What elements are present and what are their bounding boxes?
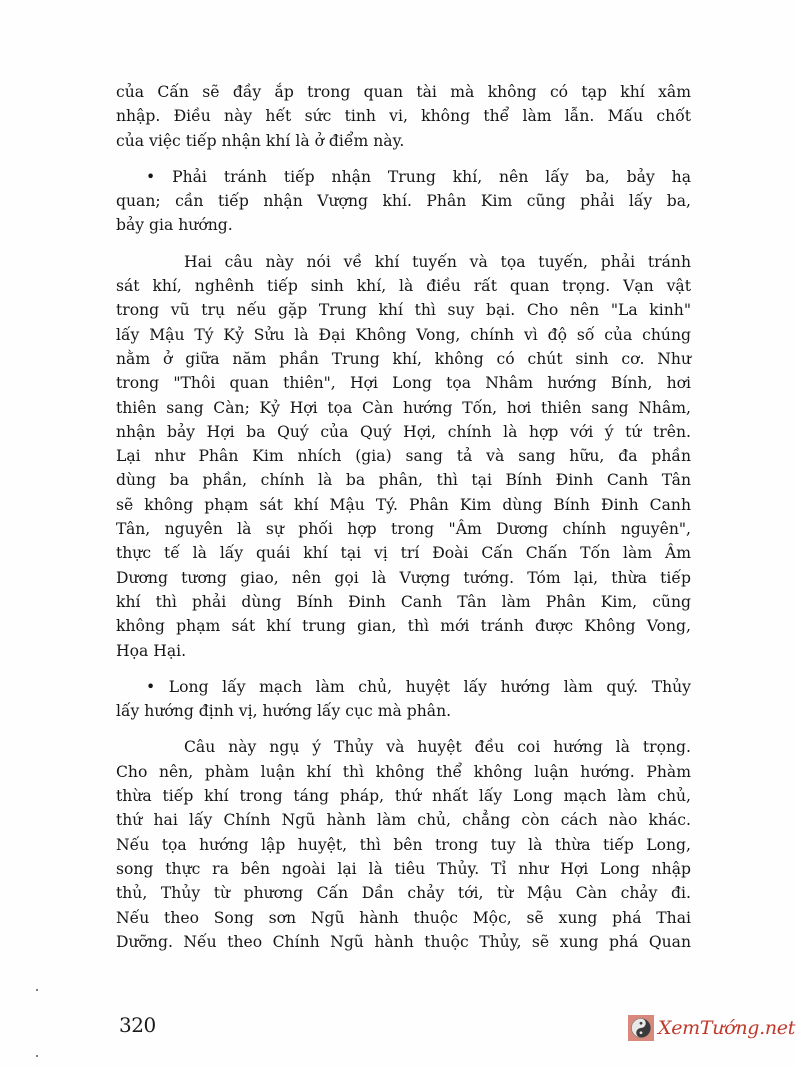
text-line: khí thì phải dùng Bính Đinh Canh Tân làm… <box>116 590 691 614</box>
text-line: Nếu tọa hướng lập huyệt, thì bên trong t… <box>116 833 691 857</box>
line-text: Lại như Phân Kim nhích (gia) sang tả và … <box>116 444 691 468</box>
line-text: Nếu theo Song sơn Ngũ hành thuộc Mộc, sẽ… <box>116 906 691 930</box>
scanned-book-page: của Cấn sẽ đầy ắp trong quan tài mà khôn… <box>0 0 797 1067</box>
text-line: nằm ở giữa năm phần Trung khí, không có … <box>116 347 691 371</box>
line-text: Cho nên, phàm luận khí thì không thể khô… <box>116 760 691 784</box>
line-text: • Long lấy mạch làm chủ, huyệt lấy hướng… <box>146 675 691 699</box>
line-text: nhập. Điều này hết sức tinh vi, không th… <box>116 104 691 128</box>
line-text: thủ, Thủy từ phương Cấn Dần chảy tới, từ… <box>116 881 691 905</box>
text-line: dùng ba phần, chính là ba phân, thì tại … <box>116 468 691 492</box>
watermark-text: XemTướng.net <box>658 1017 795 1039</box>
line-text: trong "Thôi quan thiên", Hợi Long tọa Nh… <box>116 371 691 395</box>
text-line: Hai câu này nói về khí tuyến và tọa tuyế… <box>116 250 691 274</box>
scan-speck <box>36 1055 38 1057</box>
line-text: Hai câu này nói về khí tuyến và tọa tuyế… <box>184 250 691 274</box>
text-line: song thực ra bên ngoài lại là tiêu Thủy.… <box>116 857 691 881</box>
line-text: thiên sang Càn; Kỷ Hợi tọa Càn hướng Tốn… <box>116 396 691 420</box>
line-text: thừa tiếp khí trong táng pháp, thứ nhất … <box>116 784 691 808</box>
bullet-paragraph: • Long lấy mạch làm chủ, huyệt lấy hướng… <box>116 675 691 724</box>
text-line: quan; cần tiếp nhận Vượng khí. Phân Kim … <box>116 189 691 213</box>
text-line: Lại như Phân Kim nhích (gia) sang tả và … <box>116 444 691 468</box>
text-line: Câu này ngụ ý Thủy và huyệt đều coi hướn… <box>116 735 691 759</box>
text-line: trong "Thôi quan thiên", Hợi Long tọa Nh… <box>116 371 691 395</box>
line-text: Nếu tọa hướng lập huyệt, thì bên trong t… <box>116 833 691 857</box>
text-line: Cho nên, phàm luận khí thì không thể khô… <box>116 760 691 784</box>
text-line: thủ, Thủy từ phương Cấn Dần chảy tới, từ… <box>116 881 691 905</box>
line-text: quan; cần tiếp nhận Vượng khí. Phân Kim … <box>116 189 691 213</box>
text-line: • Phải tránh tiếp nhận Trung khí, nên lấ… <box>116 165 691 189</box>
line-text: song thực ra bên ngoài lại là tiêu Thủy.… <box>116 857 691 881</box>
line-text: bảy gia hướng. <box>116 213 691 237</box>
line-text: • Phải tránh tiếp nhận Trung khí, nên lấ… <box>146 165 691 189</box>
line-text: thực tế là lấy quái khí tại vị trí Đoài … <box>116 541 691 565</box>
text-line: thừa tiếp khí trong táng pháp, thứ nhất … <box>116 784 691 808</box>
line-text: trong vũ trụ nếu gặp Trung khí thì suy b… <box>116 298 691 322</box>
bullet-paragraph: • Phải tránh tiếp nhận Trung khí, nên lấ… <box>116 165 691 238</box>
line-text: lấy Mậu Tý Kỷ Sửu là Đại Không Vong, chí… <box>116 323 691 347</box>
scan-speck <box>36 989 38 991</box>
text-line: Họa Hại. <box>116 639 691 663</box>
text-line: Dương tương giao, nên gọi là Vượng tướng… <box>116 566 691 590</box>
line-text: của Cấn sẽ đầy ắp trong quan tài mà khôn… <box>116 80 691 104</box>
page-number: 320 <box>119 1013 156 1037</box>
text-line: sát khí, nghênh tiếp sinh khí, là điều r… <box>116 274 691 298</box>
line-text: nhận bảy Hợi ba Quý của Quý Hợi, chính l… <box>116 420 691 444</box>
text-line: Dưỡng. Nếu theo Chính Ngũ hành thuộc Thủ… <box>116 930 691 954</box>
text-line: trong vũ trụ nếu gặp Trung khí thì suy b… <box>116 298 691 322</box>
line-text: lấy hướng định vị, hướng lấy cục mà phân… <box>116 699 691 723</box>
line-text: Dưỡng. Nếu theo Chính Ngũ hành thuộc Thủ… <box>116 930 691 954</box>
paragraph: của Cấn sẽ đầy ắp trong quan tài mà khôn… <box>116 80 691 153</box>
watermark-logo: XemTướng.net <box>628 1013 795 1043</box>
text-line: lấy hướng định vị, hướng lấy cục mà phân… <box>116 699 691 723</box>
text-line: sẽ không phạm sát khí Mậu Tý. Phân Kim d… <box>116 493 691 517</box>
text-line: nhập. Điều này hết sức tinh vi, không th… <box>116 104 691 128</box>
text-line: lấy Mậu Tý Kỷ Sửu là Đại Không Vong, chí… <box>116 323 691 347</box>
text-line: Tân, nguyên là sự phối hợp trong "Âm Dươ… <box>116 517 691 541</box>
text-line: không phạm sát khí trung gian, thì mới t… <box>116 614 691 638</box>
text-line: nhận bảy Hợi ba Quý của Quý Hợi, chính l… <box>116 420 691 444</box>
text-line: thực tế là lấy quái khí tại vị trí Đoài … <box>116 541 691 565</box>
text-line: của Cấn sẽ đầy ắp trong quan tài mà khôn… <box>116 80 691 104</box>
line-text: không phạm sát khí trung gian, thì mới t… <box>116 614 691 638</box>
line-text: Họa Hại. <box>116 639 691 663</box>
text-line: • Long lấy mạch làm chủ, huyệt lấy hướng… <box>116 675 691 699</box>
line-text: Dương tương giao, nên gọi là Vượng tướng… <box>116 566 691 590</box>
line-text: Tân, nguyên là sự phối hợp trong "Âm Dươ… <box>116 517 691 541</box>
line-text: dùng ba phần, chính là ba phân, thì tại … <box>116 468 691 492</box>
line-text: sẽ không phạm sát khí Mậu Tý. Phân Kim d… <box>116 493 691 517</box>
line-text: khí thì phải dùng Bính Đinh Canh Tân làm… <box>116 590 691 614</box>
text-line: Nếu theo Song sơn Ngũ hành thuộc Mộc, sẽ… <box>116 906 691 930</box>
text-line: của việc tiếp nhận khí là ở điểm này. <box>116 129 691 153</box>
text-line: bảy gia hướng. <box>116 213 691 237</box>
line-text: thứ hai lấy Chính Ngũ hành làm chủ, chẳn… <box>116 808 691 832</box>
line-text: Câu này ngụ ý Thủy và huyệt đều coi hướn… <box>184 735 691 759</box>
paragraph: Câu này ngụ ý Thủy và huyệt đều coi hướn… <box>116 735 691 954</box>
text-line: thiên sang Càn; Kỷ Hợi tọa Càn hướng Tốn… <box>116 396 691 420</box>
line-text: nằm ở giữa năm phần Trung khí, không có … <box>116 347 691 371</box>
body-text: của Cấn sẽ đầy ắp trong quan tài mà khôn… <box>116 80 691 966</box>
yin-yang-icon <box>628 1015 654 1041</box>
line-text: sát khí, nghênh tiếp sinh khí, là điều r… <box>116 274 691 298</box>
text-line: thứ hai lấy Chính Ngũ hành làm chủ, chẳn… <box>116 808 691 832</box>
paragraph: Hai câu này nói về khí tuyến và tọa tuyế… <box>116 250 691 663</box>
line-text: của việc tiếp nhận khí là ở điểm này. <box>116 129 691 153</box>
